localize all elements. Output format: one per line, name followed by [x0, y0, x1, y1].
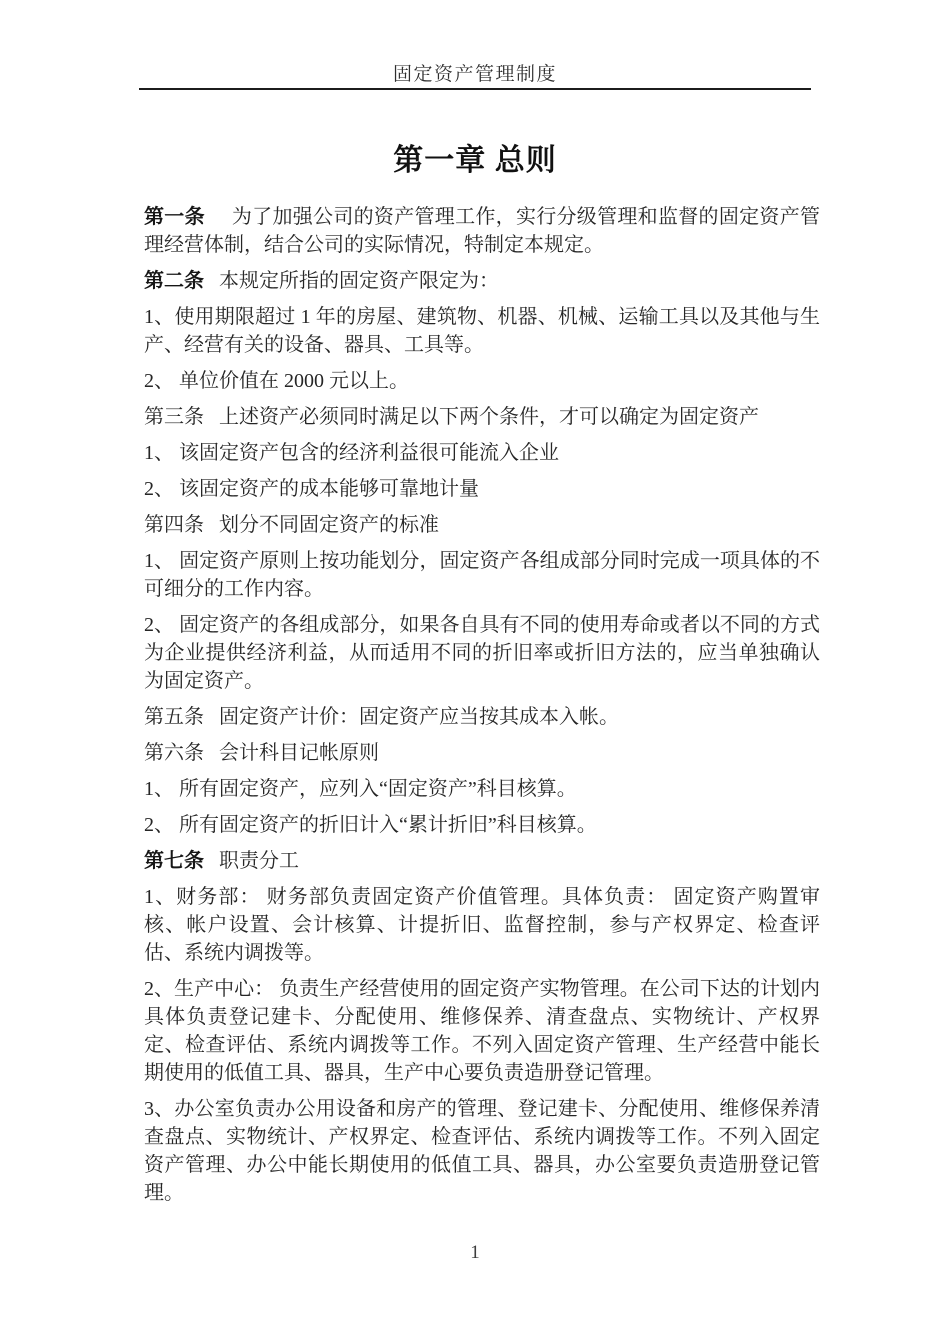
article-label: 第四条	[144, 514, 204, 536]
article-text: 上述资产必须同时满足以下两个条件，才可以确定为固定资产	[219, 406, 759, 428]
article-item: 1、 该固定资产包含的经济利益很可能流入企业	[144, 439, 820, 467]
article-3: 第三条上述资产必须同时满足以下两个条件，才可以确定为固定资产 1、 该固定资产包…	[144, 403, 820, 503]
article-text: 固定资产计价：固定资产应当按其成本入帐。	[219, 706, 619, 728]
article-item: 2、生产中心： 负责生产经营使用的固定资产实物管理。在公司下达的计划内具体负责登…	[144, 975, 820, 1087]
article-7: 第七条职责分工 1、财务部： 财务部负责固定资产价值管理。具体负责： 固定资产购…	[144, 847, 820, 1207]
article-item: 3、办公室负责办公用设备和房产的管理、登记建卡、分配使用、维修保养清查盘点、实物…	[144, 1095, 820, 1207]
article-1: 第一条为了加强公司的资产管理工作，实行分级管理和监督的固定资产管理经营体制，结合…	[144, 203, 820, 259]
article-item: 1、使用期限超过 1 年的房屋、建筑物、机器、机械、运输工具以及其他与生产、经营…	[144, 303, 820, 359]
header-rule	[139, 88, 811, 90]
article-label: 第一条	[144, 206, 205, 228]
article-text: 本规定所指的固定资产限定为：	[219, 270, 499, 292]
article-head: 第一条为了加强公司的资产管理工作，实行分级管理和监督的固定资产管理经营体制，结合…	[144, 203, 820, 259]
article-item: 1、 所有固定资产，应列入“固定资产”科目核算。	[144, 775, 820, 803]
page-number: 1	[0, 1242, 950, 1264]
article-label: 第七条	[144, 850, 204, 872]
chapter-title: 第一章 总则	[0, 135, 950, 179]
article-head: 第二条本规定所指的固定资产限定为：	[144, 267, 820, 295]
article-4: 第四条划分不同固定资产的标准 1、 固定资产原则上按功能划分，固定资产各组成部分…	[144, 511, 820, 695]
article-text: 会计科目记帐原则	[219, 742, 379, 764]
document-body: 第一条为了加强公司的资产管理工作，实行分级管理和监督的固定资产管理经营体制，结合…	[144, 203, 820, 1215]
article-head: 第三条上述资产必须同时满足以下两个条件，才可以确定为固定资产	[144, 403, 820, 431]
document-header: 固定资产管理制度	[0, 59, 950, 86]
document-page: 固定资产管理制度 第一章 总则 第一条为了加强公司的资产管理工作，实行分级管理和…	[0, 0, 950, 1344]
article-6: 第六条会计科目记帐原则 1、 所有固定资产，应列入“固定资产”科目核算。 2、 …	[144, 739, 820, 839]
article-text: 划分不同固定资产的标准	[219, 514, 439, 536]
article-text: 职责分工	[219, 850, 299, 872]
article-item: 2、 固定资产的各组成部分，如果各自具有不同的使用寿命或者以不同的方式为企业提供…	[144, 611, 820, 695]
article-head: 第四条划分不同固定资产的标准	[144, 511, 820, 539]
article-label: 第五条	[144, 706, 204, 728]
article-text: 为了加强公司的资产管理工作，实行分级管理和监督的固定资产管理经营体制，结合公司的…	[144, 206, 820, 256]
article-item: 1、财务部： 财务部负责固定资产价值管理。具体负责： 固定资产购置审核、帐户设置…	[144, 883, 820, 967]
article-2: 第二条本规定所指的固定资产限定为： 1、使用期限超过 1 年的房屋、建筑物、机器…	[144, 267, 820, 395]
article-5: 第五条固定资产计价：固定资产应当按其成本入帐。	[144, 703, 820, 731]
article-item: 1、 固定资产原则上按功能划分，固定资产各组成部分同时完成一项具体的不可细分的工…	[144, 547, 820, 603]
article-label: 第六条	[144, 742, 204, 764]
article-head: 第六条会计科目记帐原则	[144, 739, 820, 767]
article-item: 2、 该固定资产的成本能够可靠地计量	[144, 475, 820, 503]
article-label: 第三条	[144, 406, 204, 428]
article-head: 第五条固定资产计价：固定资产应当按其成本入帐。	[144, 703, 820, 731]
article-item: 2、 所有固定资产的折旧计入“累计折旧”科目核算。	[144, 811, 820, 839]
article-item: 2、 单位价值在 2000 元以上。	[144, 367, 820, 395]
article-head: 第七条职责分工	[144, 847, 820, 875]
article-label: 第二条	[144, 270, 204, 292]
